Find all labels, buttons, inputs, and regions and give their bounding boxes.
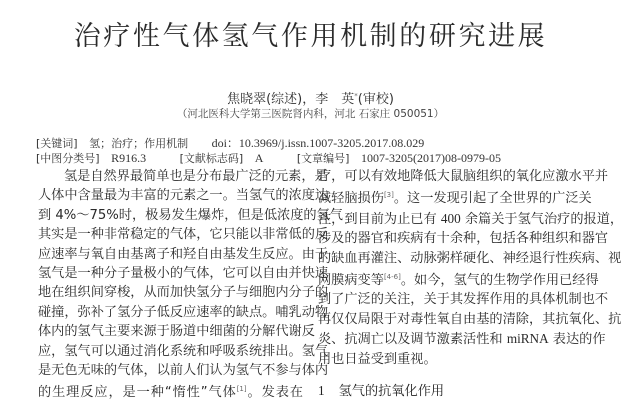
authors-line: 焦晓翠(综述)，李 英*(审校)	[0, 88, 621, 108]
doi: doi：10.3969/j.issn.1007-3205.2017.08.029	[212, 136, 425, 150]
article-no-value: 1007-3205(2017)08-0979-05	[361, 151, 501, 165]
keywords-value: 氢；治疗；作用机制	[89, 137, 188, 150]
text-line: 疗，可以有效地降低大鼠脑组织的氧化应激水平并	[318, 167, 583, 186]
doc-code-label: [文献标志码]	[180, 152, 244, 165]
text-line: 的缺血再灌注、动脉粥样硬化、神经退行性疾病、视	[318, 249, 583, 268]
section-number: 1	[318, 383, 325, 398]
text-line: 炎、抗凋亡以及调节激素活性和 miRNA 表达的作	[318, 329, 583, 349]
section-heading: 1氢气的抗氧化作用	[318, 381, 583, 401]
text-line: 氢气是一种分子量极小的气体，它可以自由并快速	[38, 264, 303, 283]
text-line: 地在组织间穿梭，从而加快氢分子与细胞内分子的	[38, 283, 303, 302]
text-line: 碰撞，弥补了氢分子低反应速率的缺点。哺乳动物	[38, 303, 303, 322]
text-line: 的生理反应，是一种“惰性”气体[1]。发表在	[38, 380, 303, 401]
text-line: 其实是一种非常稳定的气体，它只能以非常低的反	[38, 225, 303, 244]
citation-ref: [3]	[384, 191, 394, 199]
text-line: 再仅仅局限于对毒性氧自由基的清除，其抗氧化、抗	[318, 310, 583, 329]
keywords-row: [关键词] 氢；治疗；作用机制 doi：10.3969/j.issn.1007-…	[36, 136, 424, 151]
text-line: 到了广泛的关注，关于其发挥作用的具体机制也不	[318, 290, 583, 309]
doc-code-value: A	[255, 151, 264, 165]
text-line: 涉及的器官和疾病有十余种，包括各种组织和器官	[318, 229, 583, 248]
right-column: 疗，可以有效地降低大鼠脑组织的氧化应激水平并 减轻脑损伤[3]。这一发现引起了全…	[318, 167, 583, 401]
text-line: 应，氢气可以通过消化系统和呼吸系统排出。氢气	[38, 342, 303, 361]
author-separator: ，	[302, 92, 315, 107]
text-line: 到 4%～75%时，极易发生爆炸，但是低浓度的氢气	[38, 206, 303, 225]
text-line: 人体中含量最为丰富的元素之一。当氢气的浓度达	[38, 186, 303, 205]
clc-label: [中图分类号]	[36, 152, 100, 165]
text-line: 是无色无味的气体，以前人们认为氢气不参与体内	[38, 361, 303, 380]
affiliation: （河北医科大学第三医院肾内科，河北 石家庄 050051）	[0, 107, 621, 121]
paper-title: 治疗性气体氢气作用机制的研究进展	[0, 22, 621, 52]
article-no-label: [文章编号]	[297, 152, 350, 165]
author-1: 焦晓翠(综述)	[227, 92, 302, 107]
text-line: 减轻脑损伤[3]。这一发现引起了全世界的广泛关	[318, 186, 583, 208]
text-line: 应速率与氧自由基离子和羟自由基发生反应。由于	[38, 245, 303, 264]
section-title: 氢气的抗氧化作用	[339, 384, 445, 399]
classification-row: [中图分类号] R916.3 [文献标志码] A [文章编号] 1007-320…	[36, 151, 501, 166]
keywords-label: [关键词]	[36, 137, 78, 150]
citation-ref: [4-6]	[384, 273, 401, 281]
left-column: 氢是自然界最简单也是分布最广泛的元素，是 人体中含量最为丰富的元素之一。当氢气的…	[38, 167, 303, 401]
citation-ref: [1]	[237, 385, 247, 393]
author-2-role: (审校)	[358, 92, 394, 107]
clc-value: R916.3	[111, 151, 146, 165]
text-line: 注，到目前为止已有 400 余篇关于氢气治疗的报道，	[318, 209, 583, 229]
text-line: 用也日益受到重视。	[318, 350, 583, 369]
text-line: 网膜病变等[4-6]。如今，氢气的生物学作用已经得	[318, 268, 583, 290]
text-line: 体内的氢气主要来源于肠道中细菌的分解代谢反	[38, 322, 303, 341]
text-line: 氢是自然界最简单也是分布最广泛的元素，是	[38, 167, 303, 186]
author-2: 李 英	[315, 92, 354, 107]
